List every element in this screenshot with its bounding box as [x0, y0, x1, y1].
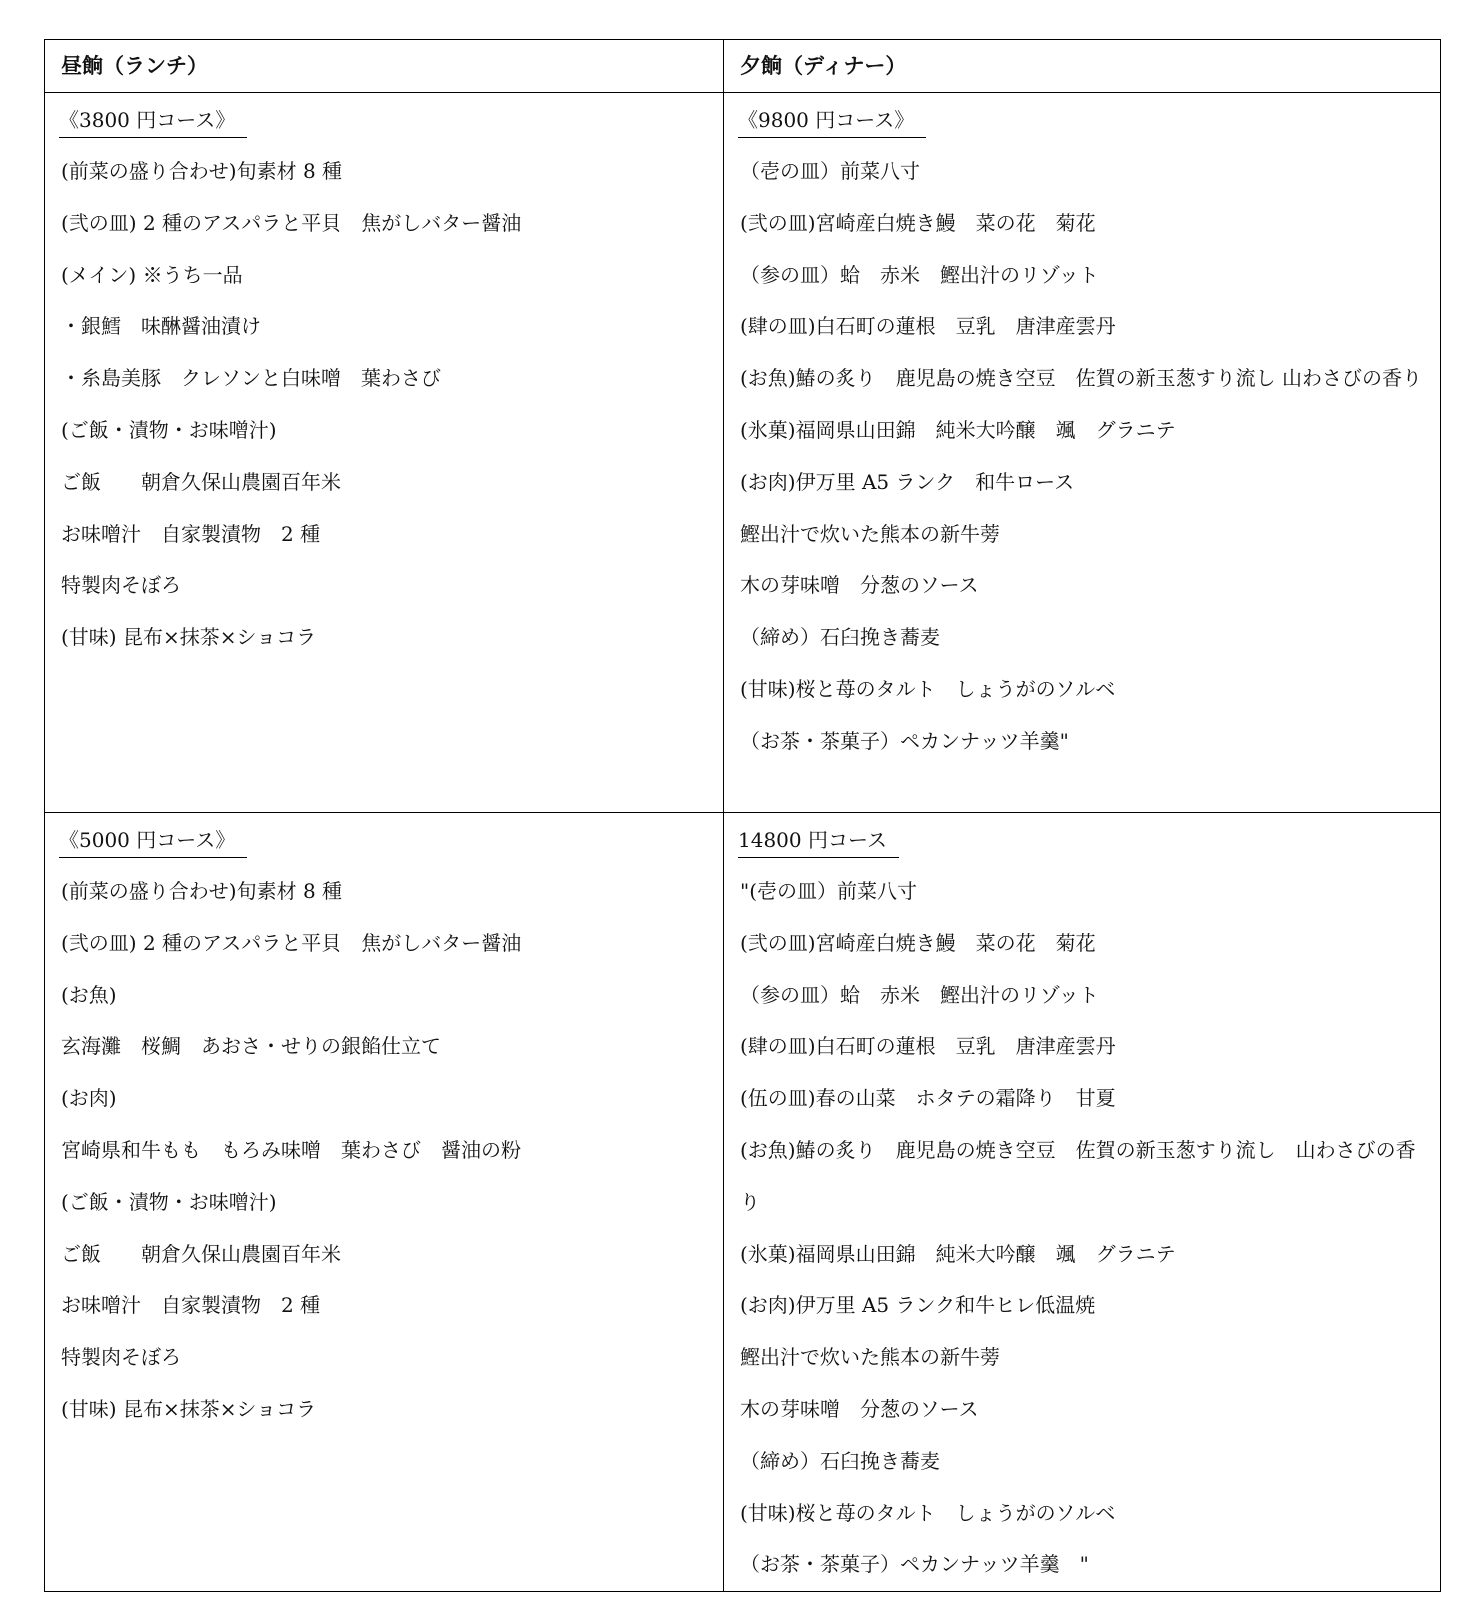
course-title: 14800 円コース	[738, 823, 899, 858]
menu-item: (前菜の盛り合わせ)旬素材 8 種	[61, 146, 723, 198]
menu-item: (ご飯・漬物・お味噌汁)	[61, 1177, 723, 1229]
menu-item: (お魚)鰆の炙り 鹿児島の焼き空豆 佐賀の新玉葱すり流し 山わさびの香り	[740, 1125, 1440, 1229]
menu-item: 木の芽味噌 分葱のソース	[740, 560, 1440, 612]
menu-item: (お肉)	[61, 1073, 723, 1125]
lunch-course-3800: 《3800 円コース》 (前菜の盛り合わせ)旬素材 8 種 (弐の皿) 2 種の…	[45, 93, 724, 813]
menu-item: (氷菓)福岡県山田錦 純米大吟醸 颯 グラニテ	[740, 405, 1440, 457]
course-menu-table: 昼餉（ランチ） 夕餉（ディナー） 《3800 円コース》 (前菜の盛り合わせ)旬…	[44, 39, 1441, 1592]
menu-item: "(壱の皿）前菜八寸	[740, 866, 1440, 918]
menu-item: 宮崎県和牛もも もろみ味噌 葉わさび 醤油の粉	[61, 1125, 723, 1177]
menu-item: (肆の皿)白石町の蓮根 豆乳 唐津産雲丹	[740, 1021, 1440, 1073]
dinner-course-9800: 《9800 円コース》 （壱の皿）前菜八寸 (弐の皿)宮崎産白焼き鰻 菜の花 菊…	[724, 93, 1441, 813]
menu-item: （参の皿）蛤 赤米 鰹出汁のリゾット	[740, 250, 1440, 302]
header-row: 昼餉（ランチ） 夕餉（ディナー）	[45, 40, 1441, 93]
menu-item: ・糸島美豚 クレソンと白味噌 葉わさび	[61, 353, 723, 405]
menu-item: (肆の皿)白石町の蓮根 豆乳 唐津産雲丹	[740, 301, 1440, 353]
menu-item: (前菜の盛り合わせ)旬素材 8 種	[61, 866, 723, 918]
menu-item: （お茶・茶菓子）ペカンナッツ羊羹"	[740, 716, 1440, 768]
menu-item: (お肉)伊万里 A5 ランク和牛ヒレ低温焼	[740, 1280, 1440, 1332]
menu-item: 特製肉そぼろ	[61, 1332, 723, 1384]
dinner-header: 夕餉（ディナー）	[724, 40, 1441, 93]
menu-item: （締め）石臼挽き蕎麦	[740, 1436, 1440, 1488]
menu-item: (弐の皿)宮崎産白焼き鰻 菜の花 菊花	[740, 918, 1440, 970]
menu-item: (甘味)桜と苺のタルト しょうがのソルベ	[740, 1488, 1440, 1540]
course-title: 《3800 円コース》	[59, 103, 247, 138]
menu-item: ・銀鱈 味醂醤油漬け	[61, 301, 723, 353]
course-row-1: 《3800 円コース》 (前菜の盛り合わせ)旬素材 8 種 (弐の皿) 2 種の…	[45, 93, 1441, 813]
menu-item: (弐の皿) 2 種のアスパラと平貝 焦がしバター醤油	[61, 198, 723, 250]
menu-item: (メイン) ※うち一品	[61, 250, 723, 302]
menu-item: （締め）石臼挽き蕎麦	[740, 612, 1440, 664]
menu-item: ご飯 朝倉久保山農園百年米	[61, 1229, 723, 1281]
menu-item: (お肉)伊万里 A5 ランク 和牛ロース	[740, 457, 1440, 509]
menu-item: (ご飯・漬物・お味噌汁)	[61, 405, 723, 457]
menu-item: ご飯 朝倉久保山農園百年米	[61, 457, 723, 509]
menu-item: 木の芽味噌 分葱のソース	[740, 1384, 1440, 1436]
menu-item: (お魚)鰆の炙り 鹿児島の焼き空豆 佐賀の新玉葱すり流し 山わさびの香り	[740, 353, 1440, 405]
menu-item: お味噌汁 自家製漬物 2 種	[61, 1280, 723, 1332]
menu-item: (甘味) 昆布×抹茶×ショコラ	[61, 612, 723, 664]
menu-item: (伍の皿)春の山菜 ホタテの霜降り 甘夏	[740, 1073, 1440, 1125]
menu-item: (弐の皿)宮崎産白焼き鰻 菜の花 菊花	[740, 198, 1440, 250]
menu-item: (氷菓)福岡県山田錦 純米大吟醸 颯 グラニテ	[740, 1229, 1440, 1281]
course-title: 《9800 円コース》	[738, 103, 926, 138]
menu-item: (お魚)	[61, 970, 723, 1022]
course-row-2: 《5000 円コース》 (前菜の盛り合わせ)旬素材 8 種 (弐の皿) 2 種の…	[45, 813, 1441, 1592]
menu-item: （お茶・茶菓子）ペカンナッツ羊羹 "	[740, 1539, 1440, 1591]
course-title: 《5000 円コース》	[59, 823, 247, 858]
menu-item: (弐の皿) 2 種のアスパラと平貝 焦がしバター醤油	[61, 918, 723, 970]
lunch-header: 昼餉（ランチ）	[45, 40, 724, 93]
menu-item: (甘味) 昆布×抹茶×ショコラ	[61, 1384, 723, 1436]
menu-item: (甘味)桜と苺のタルト しょうがのソルベ	[740, 664, 1440, 716]
menu-item: 特製肉そぼろ	[61, 560, 723, 612]
menu-item: （壱の皿）前菜八寸	[740, 146, 1440, 198]
menu-item: （参の皿）蛤 赤米 鰹出汁のリゾット	[740, 970, 1440, 1022]
dinner-course-14800: 14800 円コース "(壱の皿）前菜八寸 (弐の皿)宮崎産白焼き鰻 菜の花 菊…	[724, 813, 1441, 1592]
menu-item: お味噌汁 自家製漬物 2 種	[61, 509, 723, 561]
menu-item: 玄海灘 桜鯛 あおさ・せりの銀餡仕立て	[61, 1021, 723, 1073]
menu-item: 鰹出汁で炊いた熊本の新牛蒡	[740, 509, 1440, 561]
lunch-course-5000: 《5000 円コース》 (前菜の盛り合わせ)旬素材 8 種 (弐の皿) 2 種の…	[45, 813, 724, 1592]
menu-item: 鰹出汁で炊いた熊本の新牛蒡	[740, 1332, 1440, 1384]
